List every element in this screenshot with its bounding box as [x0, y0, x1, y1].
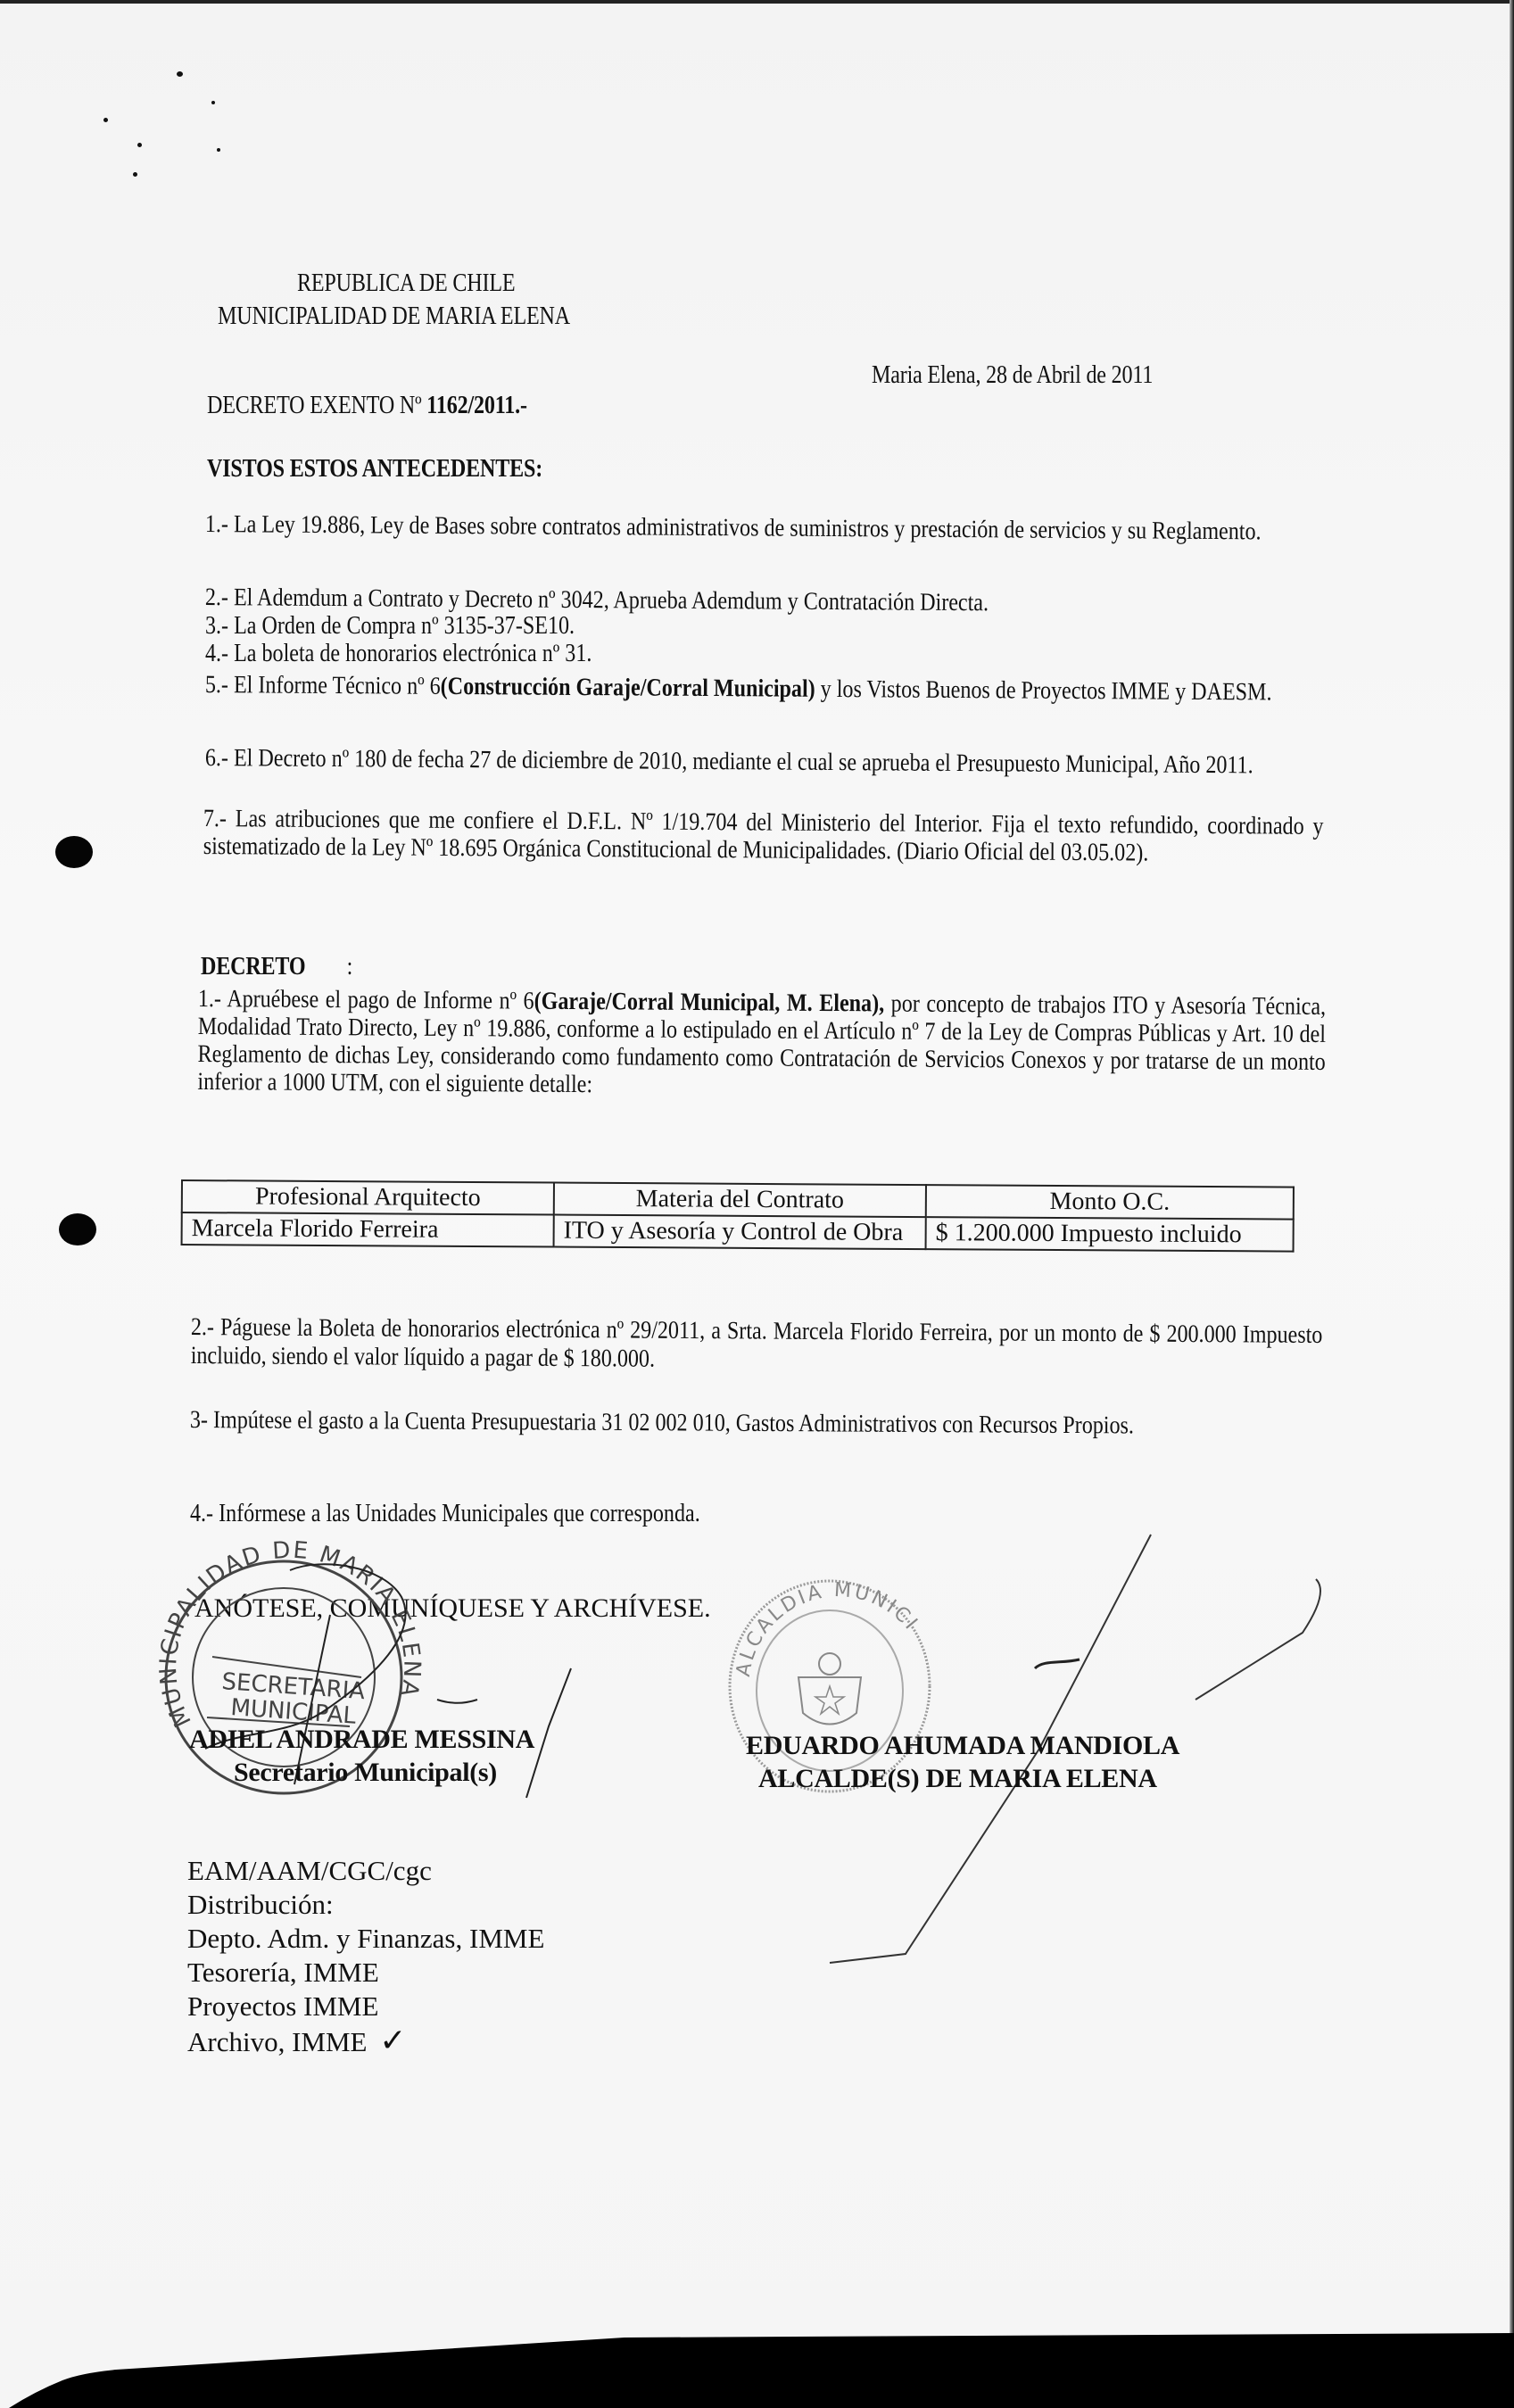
decreto-item-2: 2.- Páguese la Boleta de honorarios elec…: [191, 1313, 1323, 1378]
mayor-name: EDUARDO AHUMADA MANDIOLA: [746, 1731, 1179, 1761]
scan-speck: [103, 118, 108, 122]
reference-initials: EAM/AAM/CGC/cgc: [187, 1854, 544, 1888]
scan-speck: [177, 71, 183, 77]
secretary-title: Secretario Municipal(s): [234, 1758, 497, 1788]
decreto-heading: DECRETO :: [201, 952, 352, 981]
column-header-professional: Profesional Arquitecto: [182, 1180, 554, 1215]
distribution-block: EAM/AAM/CGC/cgc Distribución: Depto. Adm…: [187, 1854, 544, 2059]
distribution-item: Depto. Adm. y Finanzas, IMME: [187, 1922, 544, 1956]
decreto-item-1: 1.- Apruébese el pago de Informe nº 6(Ga…: [197, 985, 1326, 1104]
column-header-subject: Materia del Contrato: [554, 1183, 926, 1218]
cell-professional: Marcela Florido Ferreira: [182, 1212, 554, 1247]
decree-label: DECRETO EXENTO Nº: [207, 392, 421, 419]
scan-right-edge: [1510, 0, 1514, 2408]
country-heading: REPUBLICA DE CHILE: [297, 269, 515, 298]
vistos-heading: VISTOS ESTOS ANTECEDENTES:: [207, 454, 542, 484]
cell-amount: $ 1.200.000 Impuesto incluido: [926, 1217, 1294, 1252]
closing-formula: ANÓTESE, COMUNÍQUESE Y ARCHÍVESE.: [194, 1593, 711, 1624]
municipality-heading: MUNICIPALIDAD DE MARIA ELENA: [218, 302, 570, 331]
scan-speck: [211, 101, 215, 104]
distribution-item: Tesorería, IMME: [187, 1956, 544, 1990]
decreto-item-4: 4.- Infórmese a las Unidades Municipales…: [190, 1500, 700, 1527]
decree-number-line: DECRETO EXENTO Nº 1162/2011.-: [207, 391, 527, 420]
column-header-amount: Monto O.C.: [926, 1185, 1294, 1220]
decree-number: 1162/2011.-: [426, 392, 527, 419]
distribution-item: Proyectos IMME: [187, 1990, 544, 2023]
checkmark-icon: ✓: [379, 2023, 406, 2058]
punch-hole-icon: [59, 1213, 96, 1245]
scan-top-edge: [0, 0, 1514, 4]
table-row: Marcela Florido Ferreira ITO y Asesoría …: [182, 1212, 1294, 1252]
place-date: Maria Elena, 28 de Abril de 2011: [872, 360, 1153, 390]
scan-speck: [133, 172, 137, 177]
secretary-name: ADIEL ANDRADE MESSINA: [189, 1725, 534, 1755]
contract-detail-table: Profesional Arquitecto Materia del Contr…: [181, 1179, 1295, 1253]
visto-item-7: 7.- Las atribuciones que me confiere el …: [203, 805, 1324, 868]
visto-item-4: 4.- La boleta de honorarios electrónica …: [205, 640, 592, 667]
scan-speck: [137, 143, 142, 147]
distribution-item: Archivo, IMME ✓: [187, 2023, 544, 2059]
distribution-label: Distribución:: [187, 1888, 544, 1922]
scan-bottom-shadow: [0, 2284, 1514, 2408]
cell-subject: ITO y Asesoría y Control de Obra: [554, 1215, 926, 1250]
visto-item-3: 3.- La Orden de Compra nº 3135-37-SE10.: [205, 612, 575, 640]
mayor-title: ALCALDE(S) DE MARIA ELENA: [758, 1764, 1157, 1794]
punch-hole-icon: [55, 836, 93, 868]
scan-speck: [217, 148, 220, 152]
